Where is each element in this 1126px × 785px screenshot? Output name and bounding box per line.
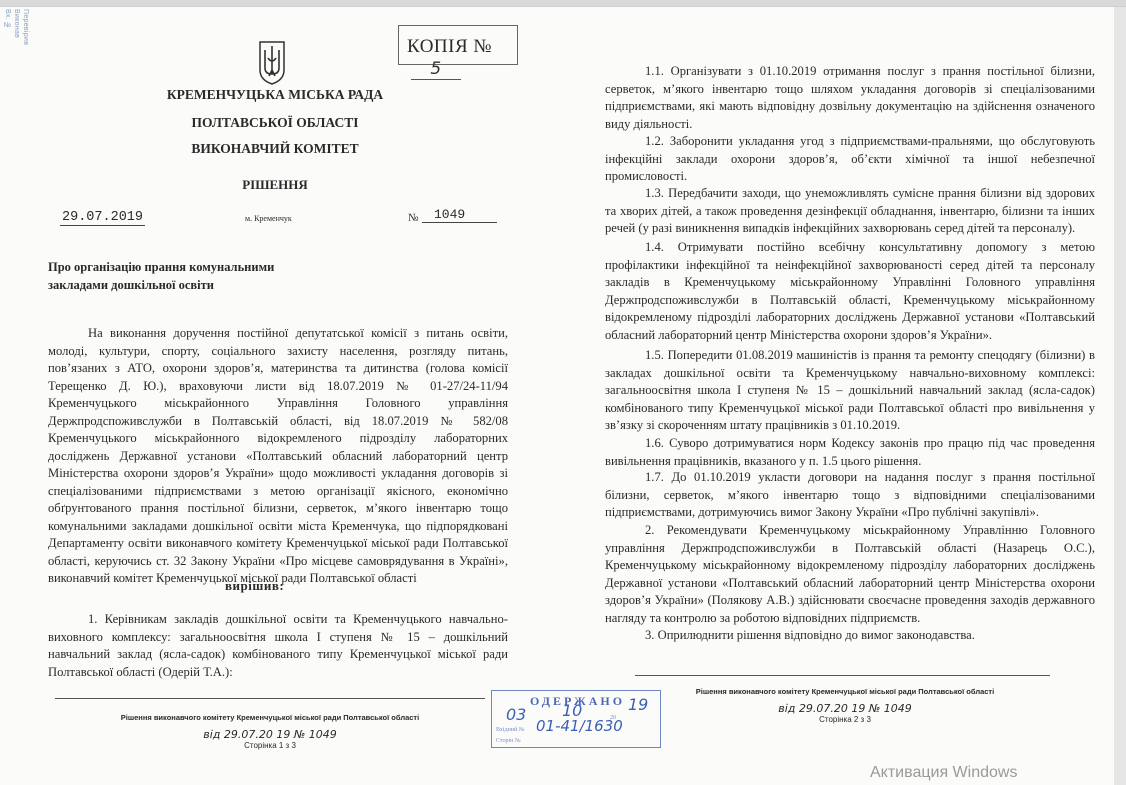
intro-paragraph: На виконання доручення постійної депутат… bbox=[48, 325, 508, 588]
item-1-7: 1.7. До 01.10.2019 укласти договори на н… bbox=[605, 469, 1095, 522]
page-1-footer: Рішення виконавчого комітету Кременчуцьк… bbox=[60, 713, 480, 750]
item-1-6: 1.6. Суворо дотримуватися норм Кодексу з… bbox=[605, 435, 1095, 470]
footer-date-line: від 29.07.20 19 № 1049 bbox=[60, 728, 480, 741]
number-label: № bbox=[408, 212, 419, 224]
resolved-heading: вирішив: bbox=[225, 578, 284, 594]
footer-rule bbox=[55, 698, 485, 699]
decision-number: 1049 bbox=[422, 207, 497, 223]
subject-line: закладами дошкільної освіти bbox=[48, 276, 274, 294]
page-2-footer: Рішення виконавчого комітету Кременчуцьк… bbox=[645, 687, 1045, 724]
footer-rule bbox=[635, 675, 1050, 676]
document-type: РІШЕННЯ bbox=[140, 177, 410, 193]
copy-number-box: КОПІЯ №5 bbox=[398, 25, 518, 65]
item-1-3: 1.3. Передбачити заходи, що унеможливлят… bbox=[605, 185, 1095, 238]
stamp-incoming-label: Вхідний № bbox=[496, 727, 525, 733]
margin-notes: Вх. № Виконав Перевірив bbox=[4, 9, 29, 45]
footer-page: Сторінка 2 з 3 bbox=[645, 715, 1045, 724]
margin-note: Вх. № bbox=[4, 9, 11, 45]
margin-note: Виконав bbox=[13, 9, 20, 45]
coat-of-arms-icon bbox=[258, 40, 286, 86]
item-1-2: 1.2. Заборонити укладання угод з підприє… bbox=[605, 133, 1095, 186]
footer-title: Рішення виконавчого комітету Кременчуцьк… bbox=[645, 687, 1045, 696]
item-3: 3. Оприлюднити рішення відповідно до вим… bbox=[605, 627, 1095, 645]
subject-line: Про організацію прання комунальними bbox=[48, 258, 274, 276]
committee-name: ВИКОНАВЧИЙ КОМІТЕТ bbox=[140, 141, 410, 157]
item-1-4: 1.4. Отримувати постійно всебічну консул… bbox=[605, 239, 1095, 344]
stamp-day: 03 bbox=[506, 705, 526, 724]
scanned-document: Вх. № Виконав Перевірив КОПІЯ №5 КРЕМЕНЧ… bbox=[0, 7, 1114, 785]
item-1: 1. Керівникам закладів дошкільної освіти… bbox=[48, 611, 508, 681]
item-2: 2. Рекомендувати Кременчуцькому міськрай… bbox=[605, 522, 1095, 627]
council-name: КРЕМЕНЧУЦЬКА МІСЬКА РАДА bbox=[140, 87, 410, 103]
page-2: 1.1. Організувати з 01.10.2019 отримання… bbox=[585, 7, 1114, 785]
item-1-5: 1.5. Попередити 01.08.2019 машиністів із… bbox=[605, 347, 1095, 435]
viewer-right-margin bbox=[1114, 7, 1126, 785]
footer-title: Рішення виконавчого комітету Кременчуцьк… bbox=[60, 713, 480, 722]
footer-page: Сторінка 1 з 3 bbox=[60, 741, 480, 750]
footer-date-line: від 29.07.20 19 № 1049 bbox=[645, 702, 1045, 715]
region-name: ПОЛТАВСЬКОЇ ОБЛАСТІ bbox=[140, 115, 410, 131]
stamp-pages-label: Сторін № bbox=[496, 738, 521, 744]
viewer-top-bar bbox=[0, 0, 1126, 7]
copy-number: 5 bbox=[411, 59, 461, 80]
copy-label: КОПІЯ № bbox=[407, 36, 492, 57]
item-1-1: 1.1. Організувати з 01.10.2019 отримання… bbox=[605, 63, 1095, 133]
decision-date: 29.07.2019 bbox=[60, 210, 145, 226]
decision-subject: Про організацію прання комунальними закл… bbox=[48, 258, 274, 294]
city: м. Кременчук bbox=[245, 214, 292, 223]
margin-note: Перевірив bbox=[22, 9, 29, 45]
page-1: Вх. № Виконав Перевірив КОПІЯ №5 КРЕМЕНЧ… bbox=[0, 7, 575, 785]
windows-activation-watermark: Активация Windows bbox=[870, 764, 1017, 782]
